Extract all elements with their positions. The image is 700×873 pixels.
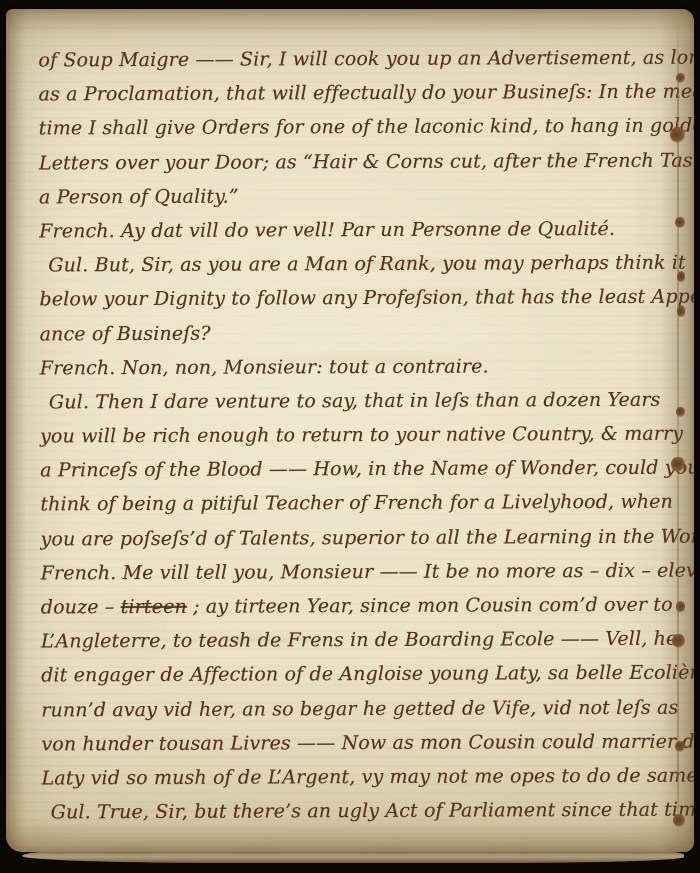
line-text: you are poſseſs’d of Talents, superior t… [40, 525, 694, 550]
manuscript-line: below your Dignity to follow any Profeſs… [39, 280, 671, 317]
line-text: Gul. True, Sir, but there’s an ugly Act … [51, 799, 694, 824]
line-text: Gul. Then I dare venture to say, that in… [49, 389, 661, 414]
line-text: runn’d avay vid her, an so begar he gett… [41, 696, 678, 721]
manuscript-line: ance of Busineſs? [39, 314, 671, 351]
line-text: L’Angleterre, to teash de Frens in de Bo… [41, 628, 678, 653]
line-text: think of being a pitiful Teacher of Fren… [40, 491, 673, 516]
manuscript-line: Letters over your Door; as “Hair & Corns… [39, 143, 671, 180]
line-text: ance of Busineſs? [40, 322, 211, 345]
binding-crease [677, 23, 679, 846]
manuscript-text-block: of Soup Maigre —— Sir, I will cook you u… [38, 41, 673, 830]
stitch-mark [672, 634, 685, 648]
stitch-mark [675, 741, 685, 752]
photo-background: of Soup Maigre —— Sir, I will cook you u… [0, 0, 700, 873]
manuscript-line: L’Angleterre, to teash de Frens in de Bo… [41, 622, 673, 659]
manuscript-line: douze – tirteen ; ay tirteen Year, since… [41, 588, 673, 625]
manuscript-line: as a Proclamation, that will effectually… [38, 75, 670, 112]
stitch-mark [677, 271, 685, 283]
manuscript-line: French. Me vill tell you, Monsieur —— It… [41, 553, 673, 590]
manuscript-line: Gul. True, Sir, but there’s an ugly Act … [42, 793, 674, 830]
manuscript-line: Gul. But, Sir, as you are a Man of Rank,… [39, 246, 671, 283]
manuscript-line: think of being a pitiful Teacher of Fren… [40, 485, 672, 522]
struck-word: tirteen [121, 596, 187, 618]
manuscript-line: Laty vid so mush of de L’Argent, vy may … [41, 759, 673, 796]
manuscript-line: French. Ay dat vill do ver vell! Par un … [39, 212, 671, 249]
manuscript-line: a Person of Quality.” [39, 177, 671, 214]
line-text: as a Proclamation, that will effectually… [38, 81, 694, 106]
line-text: ; ay tirteen Year, since mon Cousin com’… [187, 594, 673, 618]
manuscript-line: you are poſseſs’d of Talents, superior t… [40, 519, 672, 556]
stitch-mark [673, 814, 685, 827]
stitch-mark [671, 457, 685, 472]
stitch-mark [676, 601, 685, 613]
stitch-mark [676, 407, 685, 417]
manuscript-line: you will be rich enough to return to you… [40, 417, 672, 454]
line-text: a Princeſs of the Blood —— How, in the N… [40, 457, 694, 482]
line-text: Gul. But, Sir, as you are a Man of Rank,… [48, 252, 686, 277]
line-text: Laty vid so mush of de L’Argent, vy may … [41, 764, 694, 789]
manuscript-line: a Princeſs of the Blood —— How, in the N… [40, 451, 672, 488]
stitch-mark [677, 305, 685, 318]
line-text: dit engager de Affection of de Angloise … [41, 662, 694, 687]
line-text: Letters over your Door; as “Hair & Corns… [39, 149, 694, 174]
stitch-mark [676, 73, 685, 83]
line-text: French. Me vill tell you, Monsieur —— It… [41, 559, 694, 584]
line-text: below your Dignity to follow any Profeſs… [39, 286, 694, 311]
stitch-mark [670, 127, 685, 143]
line-text: French. Non, non, Monsieur: tout a contr… [40, 355, 489, 379]
manuscript-line: time I shall give Orders for one of the … [39, 109, 671, 146]
manuscript-page: of Soup Maigre —— Sir, I will cook you u… [6, 9, 694, 852]
line-text: von hunder tousan Livres —— Now as mon C… [41, 730, 694, 755]
line-text: douze – [41, 596, 121, 618]
manuscript-line: of Soup Maigre —— Sir, I will cook you u… [38, 41, 670, 78]
manuscript-line: runn’d avay vid her, an so begar he gett… [41, 690, 673, 727]
manuscript-line: von hunder tousan Livres —— Now as mon C… [41, 724, 673, 761]
line-text: French. Ay dat vill do ver vell! Par un … [39, 218, 615, 243]
manuscript-line: dit engager de Affection of de Angloise … [41, 656, 673, 693]
line-text: of Soup Maigre —— Sir, I will cook you u… [38, 46, 694, 71]
line-text: you will be rich enough to return to you… [40, 423, 683, 448]
line-text: a Person of Quality.” [39, 185, 239, 208]
manuscript-line: Gul. Then I dare venture to say, that in… [40, 382, 672, 419]
stitch-mark [675, 217, 685, 228]
line-text: time I shall give Orders for one of the … [39, 115, 694, 140]
manuscript-line: French. Non, non, Monsieur: tout a contr… [40, 348, 672, 385]
